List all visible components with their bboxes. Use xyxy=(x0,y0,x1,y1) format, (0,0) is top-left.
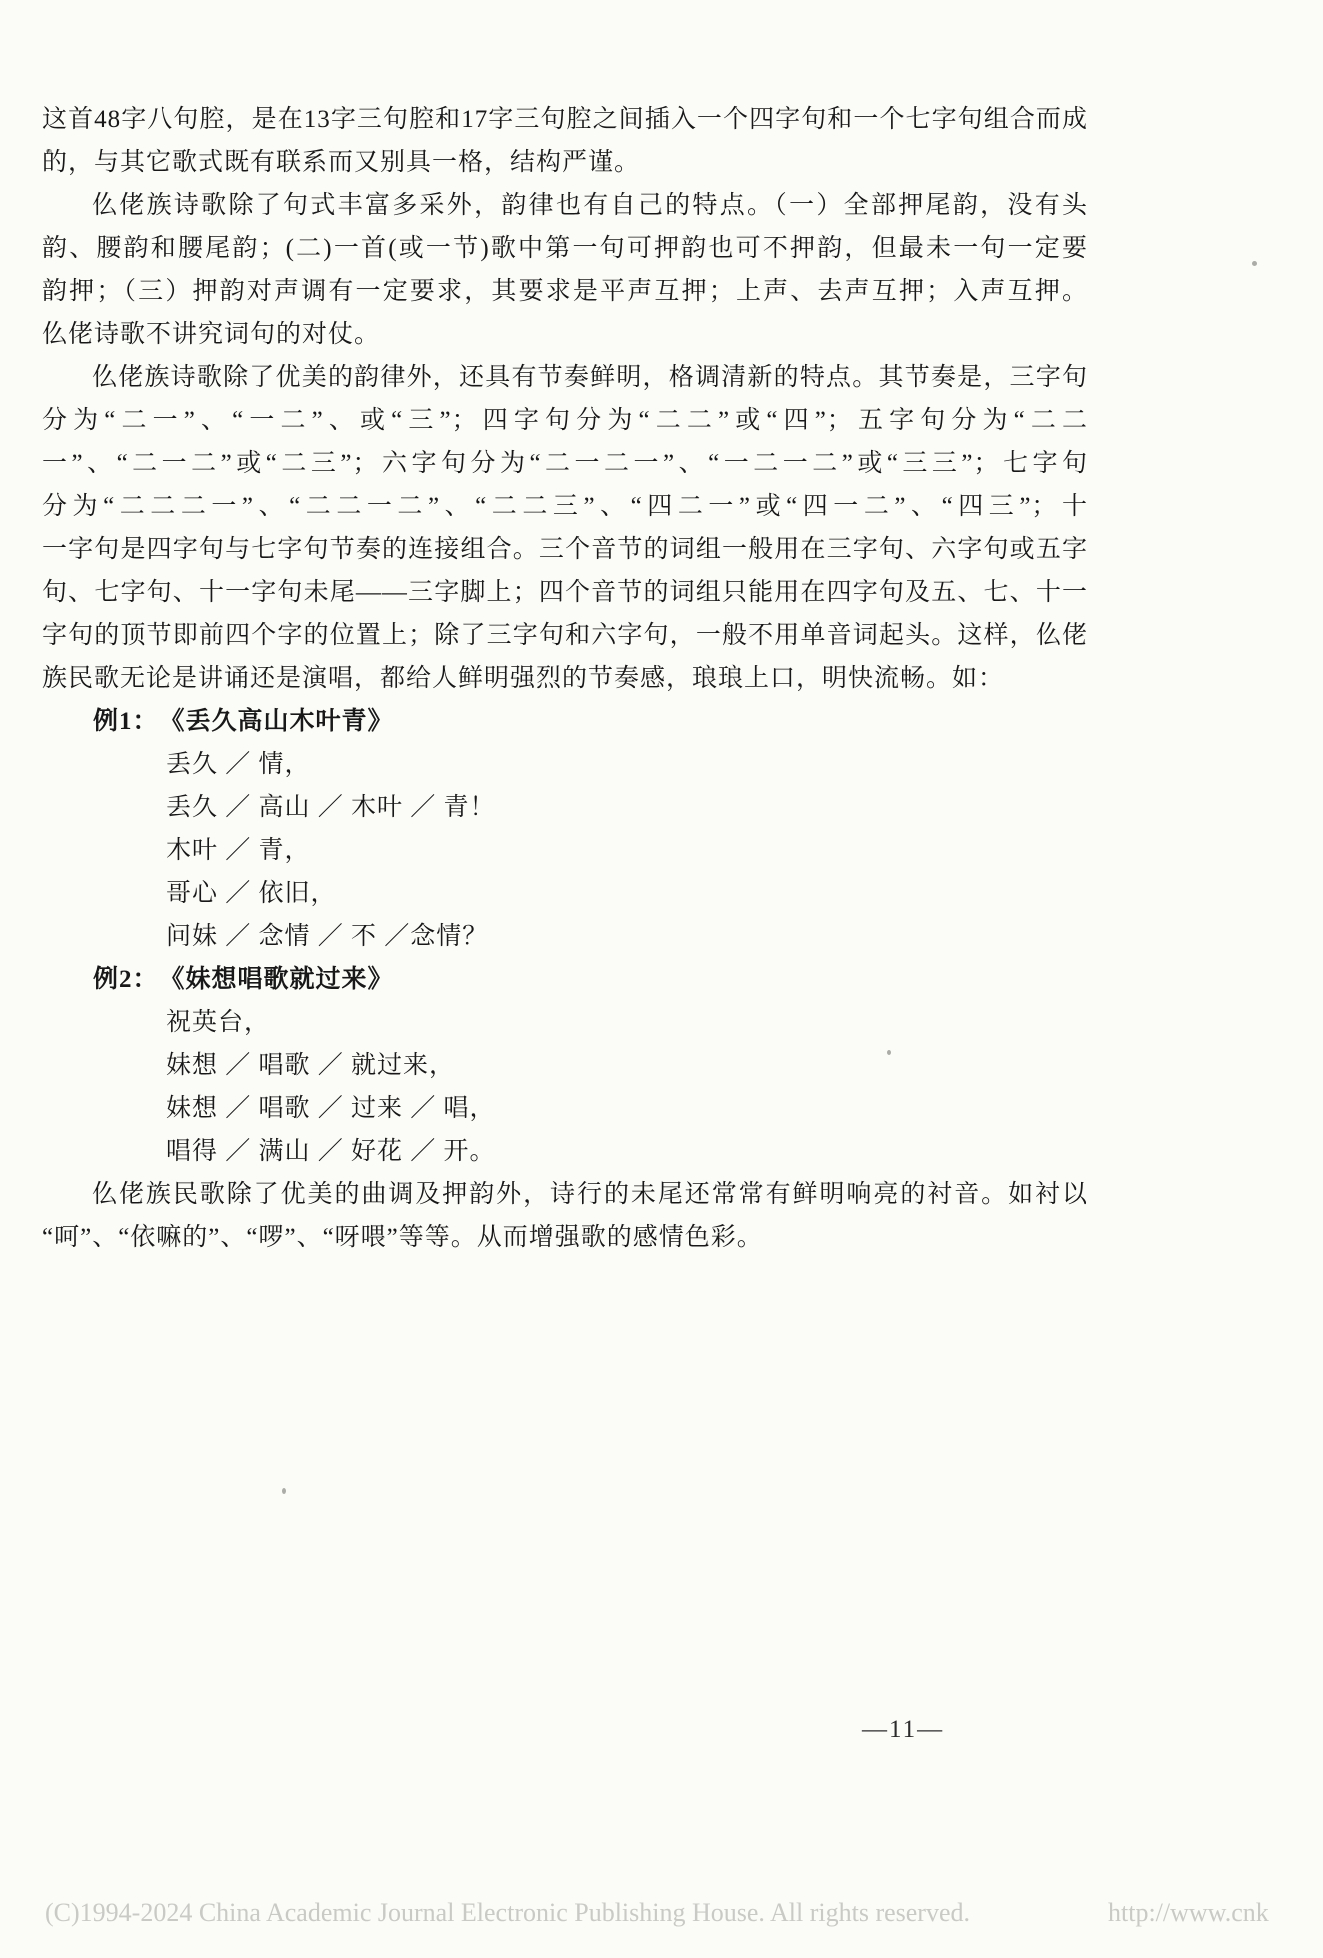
scan-speck xyxy=(1252,261,1257,266)
text-line: 仫佬族诗歌除了句式丰富多采外，韵律也有自己的特点。（一）全部押尾韵，没有头 xyxy=(42,184,1088,227)
text-line: 分为“二二二一”、“二二一二”、“二二三”、“四二一”或“四一二”、“四三”；十 xyxy=(42,485,1088,528)
text-line: 问妹 ／ 念情 ／ 不 ／念情？ xyxy=(42,915,1088,958)
text-line: 族民歌无论是讲诵还是演唱，都给人鲜明强烈的节奏感，琅琅上口，明快流畅。如： xyxy=(42,657,1088,700)
text-line: 妹想 ／ 唱歌 ／ 就过来， xyxy=(42,1044,1088,1087)
scan-speck xyxy=(887,1050,891,1055)
text-line: “呵”、“依嘛的”、“啰”、“呀喂”等等。从而增强歌的感情色彩。 xyxy=(42,1216,1088,1259)
text-line: 韵押；（三）押韵对声调有一定要求，其要求是平声互押；上声、去声互押；入声互押。 xyxy=(42,270,1088,313)
text-line: 字句的顶节即前四个字的位置上；除了三字句和六字句，一般不用单音词起头。这样，仫佬 xyxy=(42,614,1088,657)
text-line: 仫佬族诗歌除了优美的韵律外，还具有节奏鲜明，格调清新的特点。其节奏是，三字句 xyxy=(42,356,1088,399)
text-line: 例1： 《丢久高山木叶青》 xyxy=(42,700,1088,743)
scan-speck xyxy=(46,149,52,153)
text-line: 仫佬诗歌不讲究词句的对仗。 xyxy=(42,313,1088,356)
text-line: 丢久 ／ 情， xyxy=(42,743,1088,786)
text-line: 一”、“二一二”或“二三”；六字句分为“二一二一”、“一二一二”或“三三”；七字… xyxy=(42,442,1088,485)
copyright-watermark: (C)1994-2024 China Academic Journal Elec… xyxy=(45,1898,970,1928)
text-line: 丢久 ／ 高山 ／ 木叶 ／ 青！ xyxy=(42,786,1088,829)
text-line: 祝英台， xyxy=(42,1001,1088,1044)
text-line: 一字句是四字句与七字句节奏的连接组合。三个音节的词组一般用在三字句、六字句或五字 xyxy=(42,528,1088,571)
text-line: 木叶 ／ 青， xyxy=(42,829,1088,872)
text-line: 这首48字八句腔，是在13字三句腔和17字三句腔之间插入一个四字句和一个七字句组… xyxy=(42,98,1088,141)
text-line: 例2： 《妹想唱歌就过来》 xyxy=(42,958,1088,1001)
text-line: 妹想 ／ 唱歌 ／ 过来 ／ 唱， xyxy=(42,1087,1088,1130)
scan-speck xyxy=(282,1488,286,1494)
scanned-journal-page: { "page": { "background_color": "#fbfbf8… xyxy=(0,0,1323,1958)
copyright-url: http://www.cnk xyxy=(1108,1898,1269,1928)
text-line: 唱得 ／ 满山 ／ 好花 ／ 开。 xyxy=(42,1130,1088,1173)
text-line: 韵、腰韵和腰尾韵；(二)一首(或一节)歌中第一句可押韵也可不押韵，但最未一句一定… xyxy=(42,227,1088,270)
text-line: 的，与其它歌式既有联系而又别具一格，结构严谨。 xyxy=(42,141,1088,184)
text-line: 分为“二一”、“一二”、或“三”；四字句分为“二二”或“四”；五字句分为“二二 xyxy=(42,399,1088,442)
text-line: 句、七字句、十一字句未尾——三字脚上；四个音节的词组只能用在四字句及五、七、十一 xyxy=(42,571,1088,614)
page-text: 这首48字八句腔，是在13字三句腔和17字三句腔之间插入一个四字句和一个七字句组… xyxy=(42,98,1088,1259)
text-line: 哥心 ／ 依旧， xyxy=(42,872,1088,915)
page-number: —11— xyxy=(862,1716,944,1744)
text-line: 仫佬族民歌除了优美的曲调及押韵外，诗行的未尾还常常有鲜明响亮的衬音。如衬以 xyxy=(42,1173,1088,1216)
